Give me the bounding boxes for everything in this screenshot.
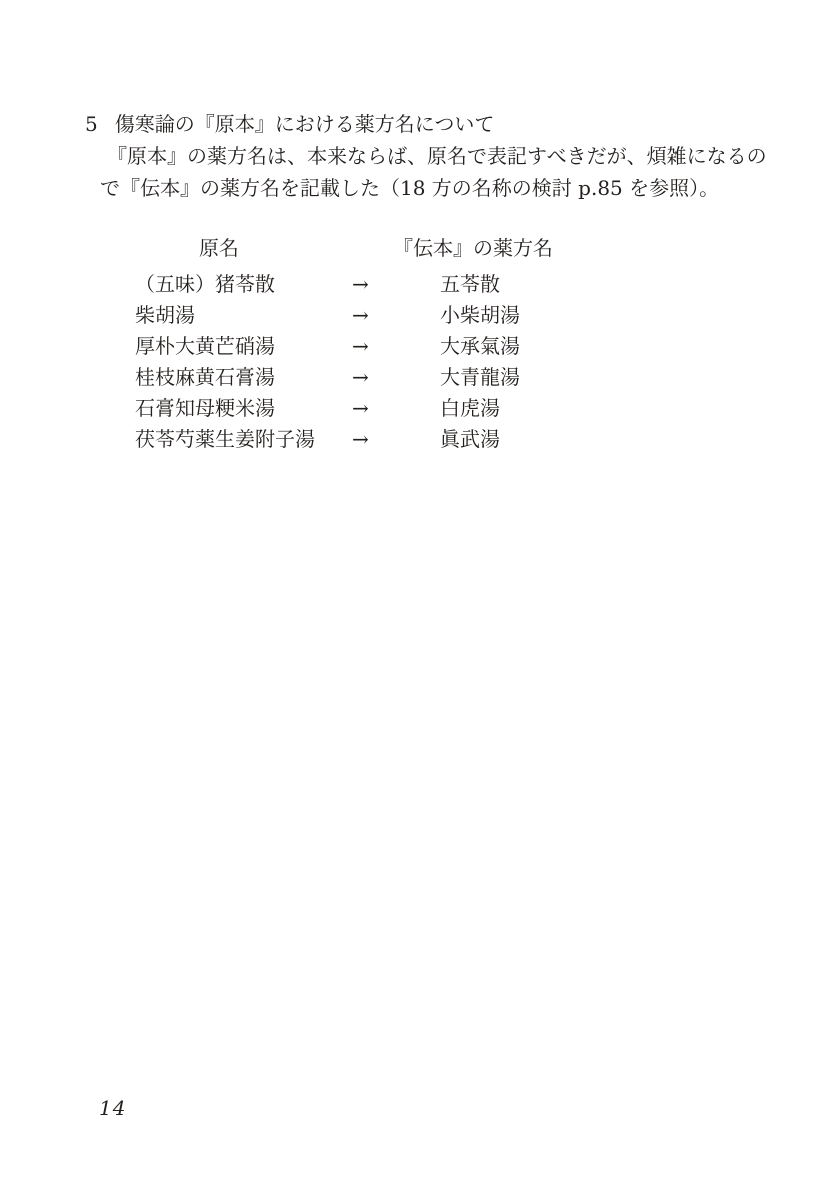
arrow-icon: → (352, 272, 369, 296)
table-row: 茯苓芍薬生姜附子湯 → 眞武湯 (135, 427, 695, 458)
table-row: 厚朴大黄芒硝湯 → 大承氣湯 (135, 334, 695, 365)
original-name: 石膏知母粳米湯 (135, 396, 275, 420)
section-number: 5 (85, 112, 98, 136)
arrow-icon: → (352, 396, 369, 420)
arrow-icon: → (352, 365, 369, 389)
arrow-icon: → (352, 427, 369, 451)
denbon-name: 大青龍湯 (440, 365, 520, 389)
denbon-name: 眞武湯 (440, 427, 500, 451)
section-heading: 5傷寒論の『原本』における薬方名について (85, 112, 494, 136)
table-row: 桂枝麻黄石膏湯 → 大青龍湯 (135, 365, 695, 396)
original-name: （五味）猪苓散 (135, 272, 275, 296)
page-number: 14 (99, 1096, 126, 1120)
document-page: 5傷寒論の『原本』における薬方名について 『原本』の薬方名は、本来ならば、原名で… (0, 0, 830, 1179)
arrow-icon: → (352, 334, 369, 358)
table-row: 柴胡湯 → 小柴胡湯 (135, 303, 695, 334)
table-row: 石膏知母粳米湯 → 白虎湯 (135, 396, 695, 427)
original-name: 桂枝麻黄石膏湯 (135, 365, 275, 389)
denbon-name: 大承氣湯 (440, 334, 520, 358)
arrow-icon: → (352, 303, 369, 327)
paragraph-line-2: で『伝本』の薬方名を記載した（18 方の名称の検討 p.85 を参照）。 (100, 176, 719, 200)
column-header-denbon-name: 『伝本』の薬方名 (393, 236, 553, 260)
table-row: （五味）猪苓散 → 五苓散 (135, 272, 695, 303)
section-title: 傷寒論の『原本』における薬方名について (115, 112, 495, 136)
paragraph-line-1: 『原本』の薬方名は、本来ならば、原名で表記すべきだが、煩雑になるの (107, 144, 767, 168)
denbon-name: 白虎湯 (440, 396, 500, 420)
original-name: 茯苓芍薬生姜附子湯 (135, 427, 315, 451)
denbon-name: 五苓散 (440, 272, 500, 296)
denbon-name: 小柴胡湯 (440, 303, 520, 327)
original-name: 柴胡湯 (135, 303, 195, 327)
original-name: 厚朴大黄芒硝湯 (135, 334, 275, 358)
column-header-original-name: 原名 (199, 236, 239, 260)
